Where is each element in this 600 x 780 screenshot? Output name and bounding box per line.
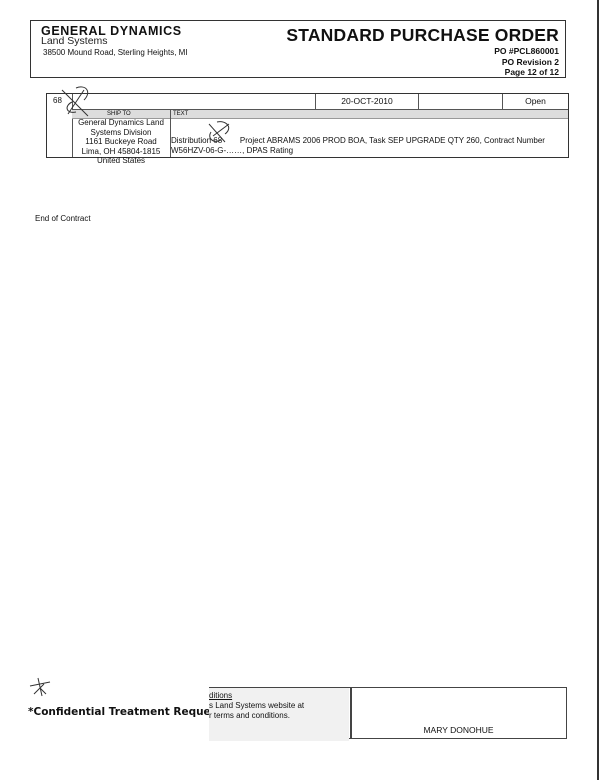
ship-to-line: 1161 Buckeye Road — [72, 137, 170, 147]
po-meta: PO #PCL860001 PO Revision 2 Page 12 of 1… — [494, 46, 559, 78]
terms-and-conditions: ditions s Land Systems website at r term… — [209, 688, 349, 741]
po-revision: PO Revision 2 — [494, 57, 559, 68]
ship-to-line: United States — [72, 156, 170, 166]
terms-line: r terms and conditions. — [209, 711, 349, 721]
handwritten-redaction-mark-icon — [58, 84, 98, 120]
company-address: 38500 Mound Road, Sterling Heights, MI — [43, 48, 188, 57]
confidential-notice: *Confidential Treatment Requested — [28, 706, 237, 718]
signature-footer: ditions s Land Systems website at r term… — [209, 687, 567, 739]
column-header-text: TEXT — [173, 110, 188, 118]
terms-line: s Land Systems website at — [209, 701, 349, 711]
line-item-table: 68 20-OCT-2010 Open SHIP TO TEXT General… — [46, 93, 569, 158]
signer-name: MARY DONOHUE — [351, 725, 566, 735]
terms-heading: ditions — [209, 691, 349, 701]
company-division: Land Systems — [41, 35, 108, 47]
ship-to-address: General Dynamics Land Systems Division 1… — [72, 118, 170, 166]
line-status: Open — [503, 94, 568, 108]
line-date: 20-OCT-2010 — [316, 94, 418, 108]
ship-to-line: Systems Division — [72, 128, 170, 138]
handwritten-initial-mark-icon — [28, 676, 52, 700]
page-number: Page 12 of 12 — [494, 67, 559, 78]
line-text-2: W56HZV-06-G-……, DPAS Rating — [171, 146, 545, 156]
end-of-contract: End of Contract — [35, 214, 91, 223]
ship-to-line: Lima, OH 45804-1815 — [72, 147, 170, 157]
po-number: PO #PCL860001 — [494, 46, 559, 57]
document-title: STANDARD PURCHASE ORDER — [286, 25, 559, 46]
document-header: GENERAL DYNAMICS Land Systems 38500 Moun… — [30, 20, 566, 78]
column-divider — [418, 94, 419, 109]
column-header-ship-to: SHIP TO — [107, 110, 131, 118]
handwritten-redaction-mark-icon — [205, 120, 235, 146]
page-edge — [597, 0, 599, 780]
